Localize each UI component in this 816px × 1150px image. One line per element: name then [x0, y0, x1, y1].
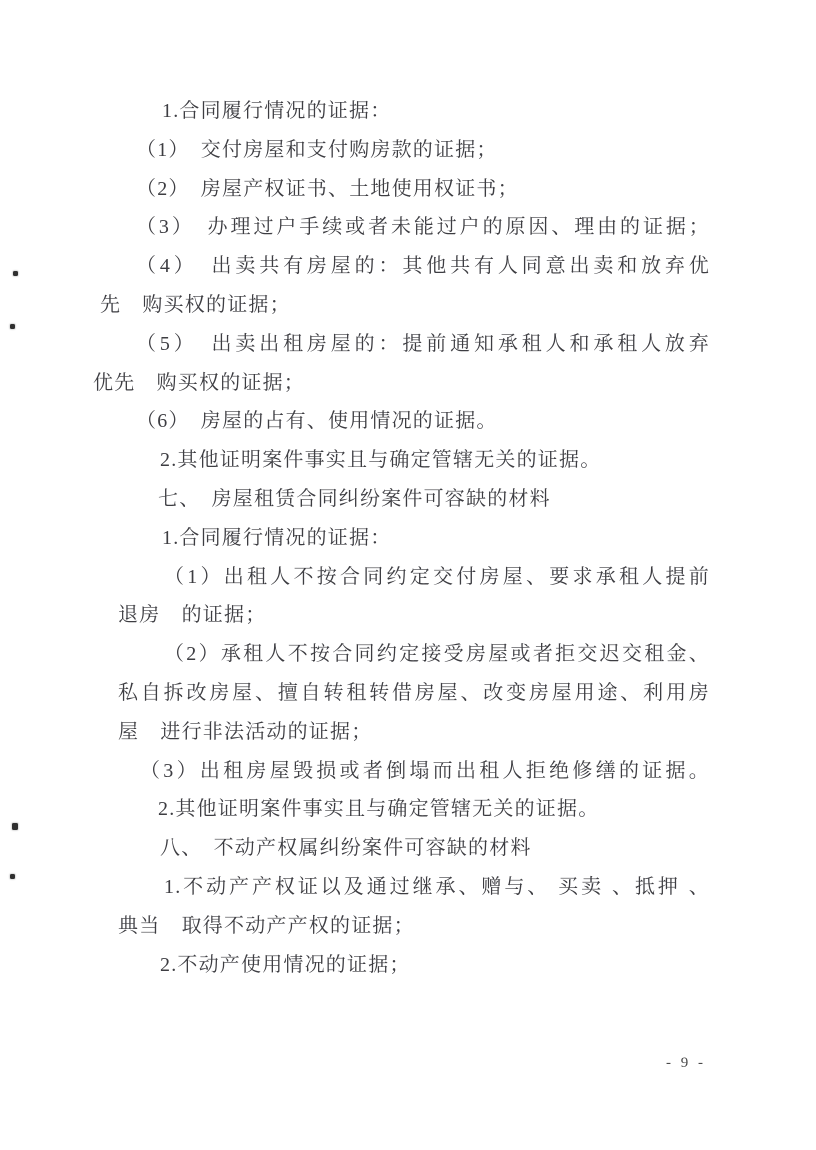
- text-line: （2）承租人不按合同约定接受房屋或者拒交迟交租金、: [90, 635, 710, 674]
- text-line: （1） 交付房屋和支付购房款的证据；: [90, 131, 710, 170]
- text-line: 屋 进行非法活动的证据；: [90, 713, 710, 752]
- text-line: （6） 房屋的占有、使用情况的证据。: [90, 402, 710, 441]
- text-line: （5） 出卖出租房屋的：提前通知承租人和承租人放弃: [90, 325, 710, 364]
- text-line: 2.其他证明案件事实且与确定管辖无关的证据。: [90, 790, 710, 829]
- text-line: （3）出租房屋毁损或者倒塌而出租人拒绝修缮的证据。: [90, 752, 710, 791]
- ink-speck: [10, 874, 15, 879]
- text-line: 2.不动产使用情况的证据；: [90, 946, 710, 985]
- ink-speck: [12, 823, 18, 830]
- text-line: 七、 房屋租赁合同纠纷案件可容缺的材料: [90, 480, 710, 519]
- text-line: （2） 房屋产权证书、土地使用权证书；: [90, 170, 710, 209]
- text-line: 典当 取得不动产产权的证据；: [90, 907, 710, 946]
- ink-speck: [10, 324, 15, 329]
- text-line: 1.不动产产权证以及通过继承、赠与、 买卖 、抵押 、: [90, 868, 710, 907]
- text-line: 先 购买权的证据；: [90, 286, 710, 325]
- text-line: 1.合同履行情况的证据：: [90, 92, 710, 131]
- text-line: （4） 出卖共有房屋的：其他共有人同意出卖和放弃优: [90, 247, 710, 286]
- document-text-block: 1.合同履行情况的证据：（1） 交付房屋和支付购房款的证据；（2） 房屋产权证书…: [90, 92, 710, 984]
- document-page: 1.合同履行情况的证据：（1） 交付房屋和支付购房款的证据；（2） 房屋产权证书…: [0, 0, 816, 1150]
- text-line: （1）出租人不按合同约定交付房屋、要求承租人提前: [90, 558, 710, 597]
- page-number: - 9 -: [666, 1055, 706, 1072]
- text-line: 1.合同履行情况的证据：: [90, 519, 710, 558]
- ink-speck: [13, 271, 18, 276]
- text-line: 八、 不动产权属纠纷案件可容缺的材料: [90, 829, 710, 868]
- text-line: （3） 办理过户手续或者未能过户的原因、理由的证据；: [90, 208, 710, 247]
- text-line: 2.其他证明案件事实且与确定管辖无关的证据。: [90, 441, 710, 480]
- text-line: 私自拆改房屋、擅自转租转借房屋、改变房屋用途、利用房: [90, 674, 710, 713]
- text-line: 退房 的证据；: [90, 596, 710, 635]
- text-line: 优先 购买权的证据；: [90, 364, 710, 403]
